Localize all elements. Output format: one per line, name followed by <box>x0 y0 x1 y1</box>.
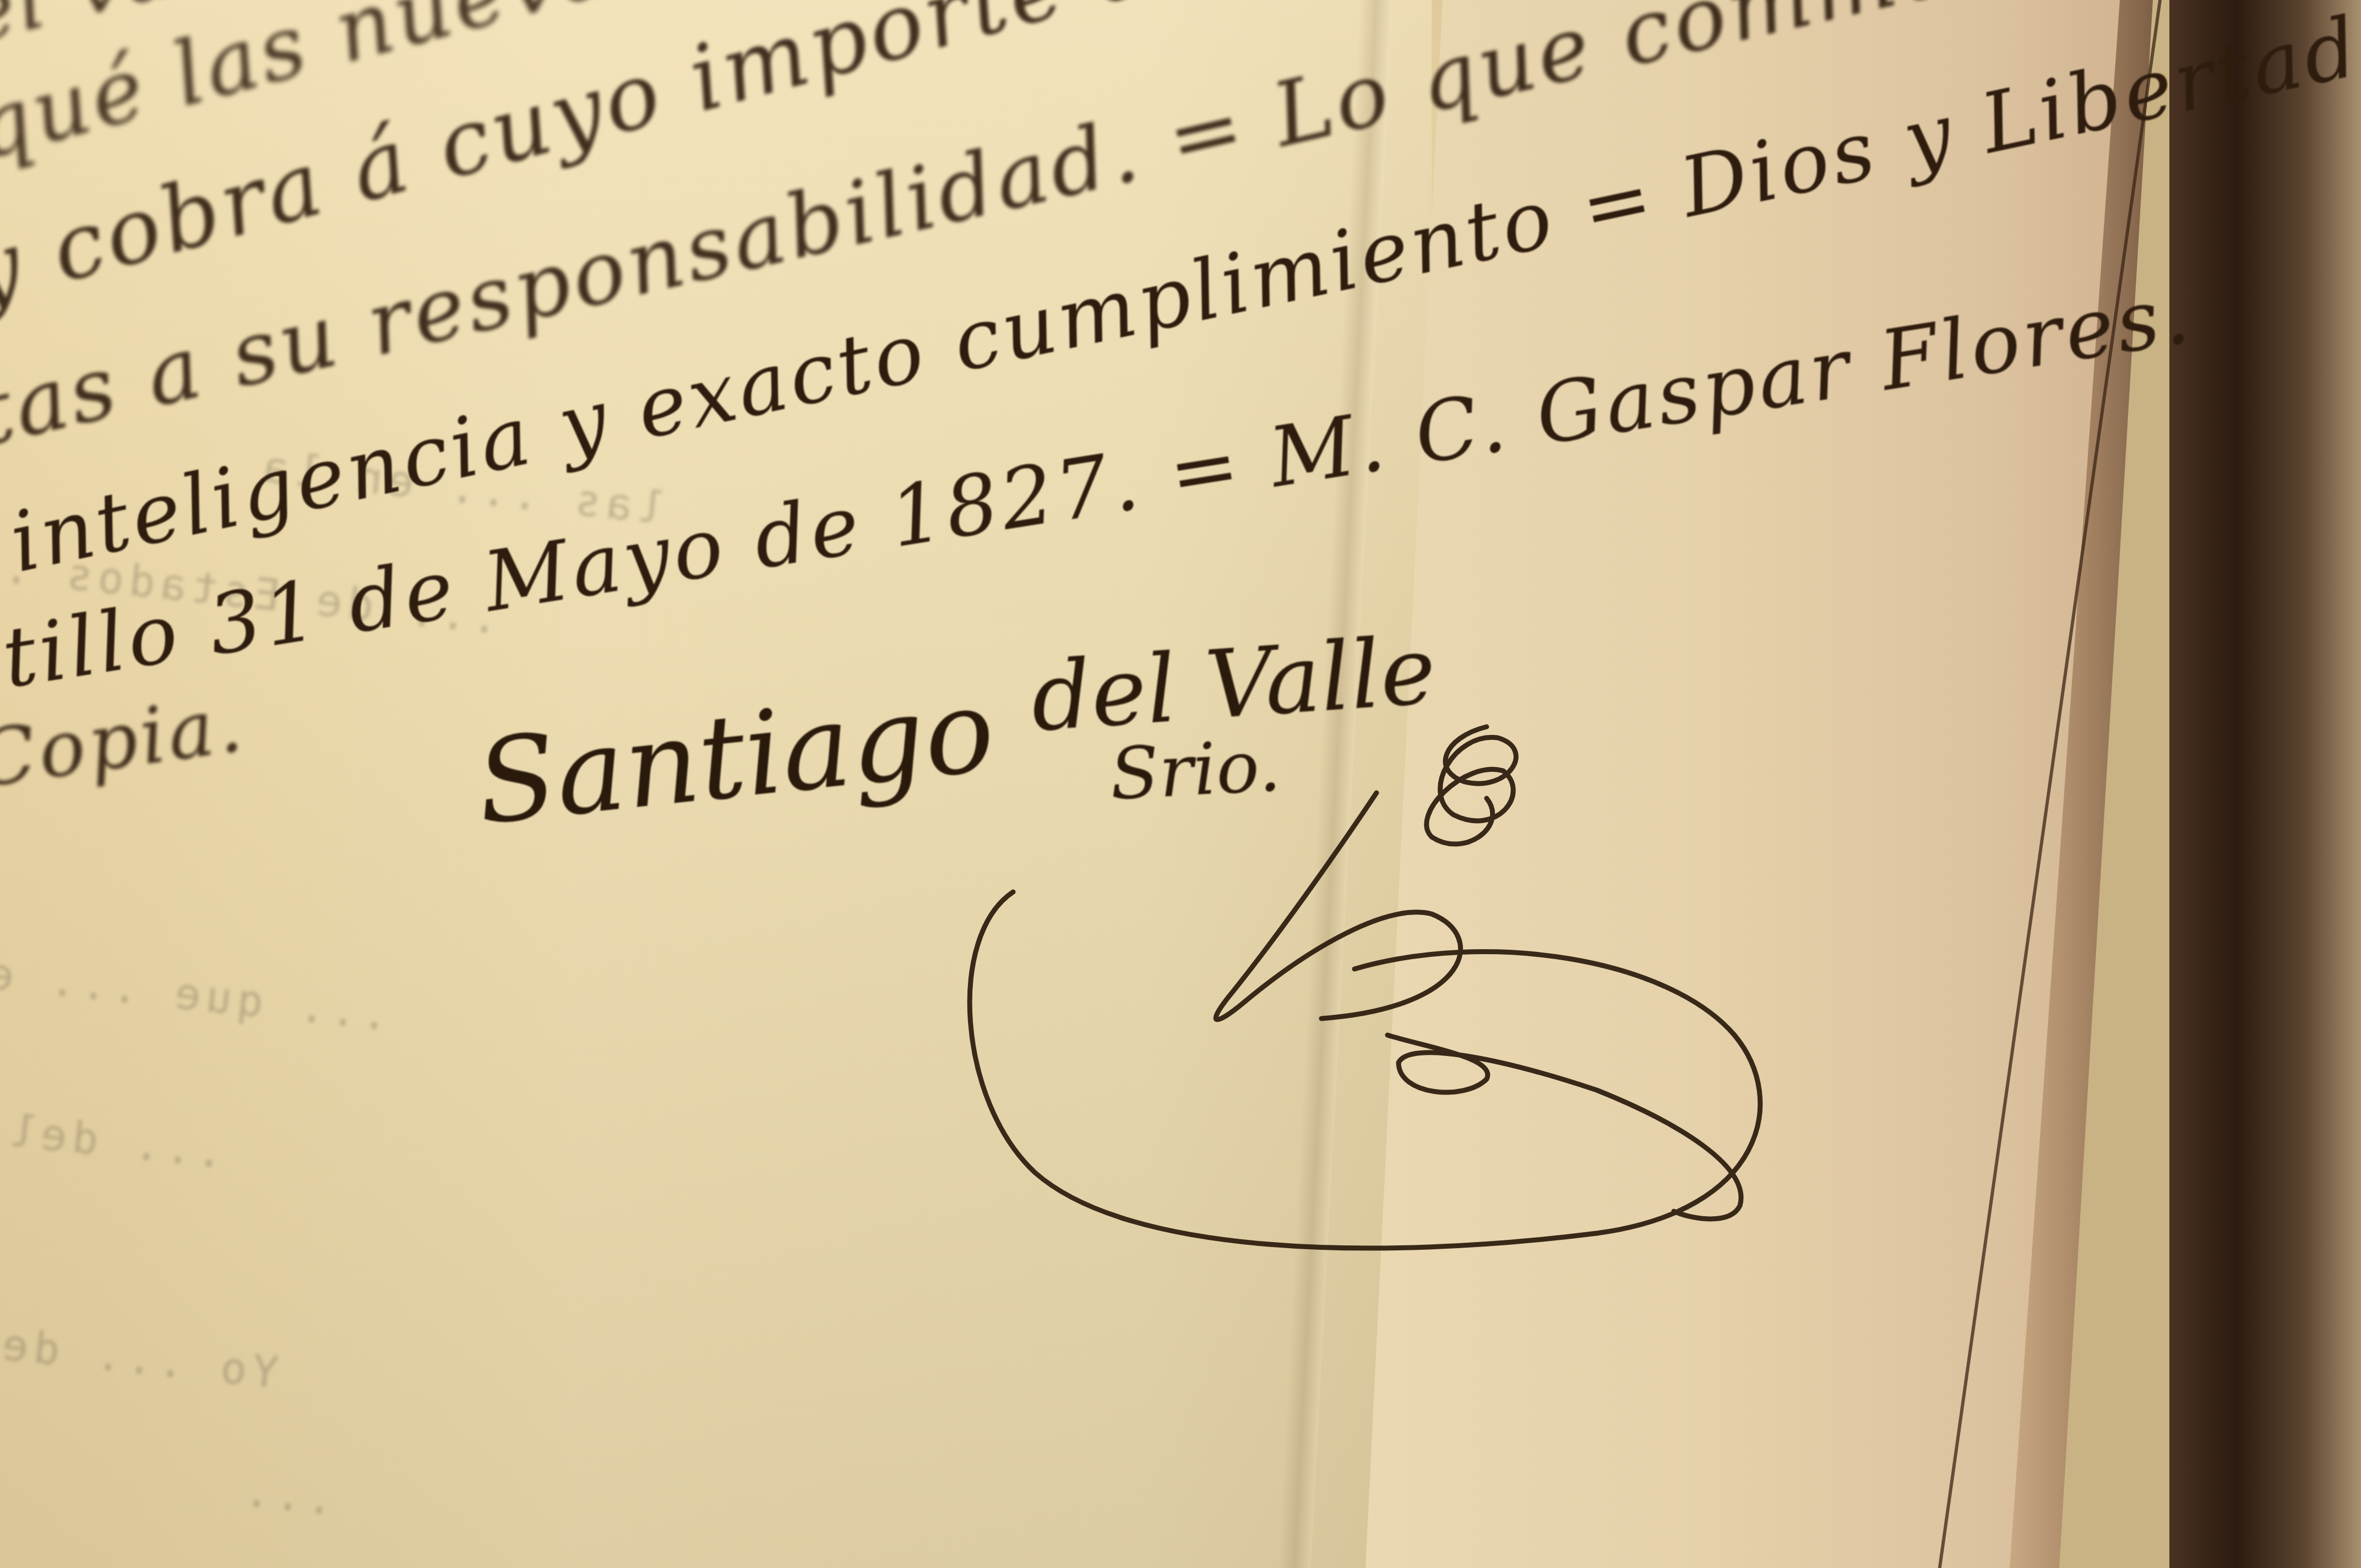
ghost-text-line: ... <box>237 1466 335 1525</box>
signature-title: Srio. <box>1108 723 1283 816</box>
book-spine-shadow <box>2169 0 2361 1568</box>
manuscript-photo: las ... en la ... de Estados ... ... que… <box>0 0 2361 1568</box>
